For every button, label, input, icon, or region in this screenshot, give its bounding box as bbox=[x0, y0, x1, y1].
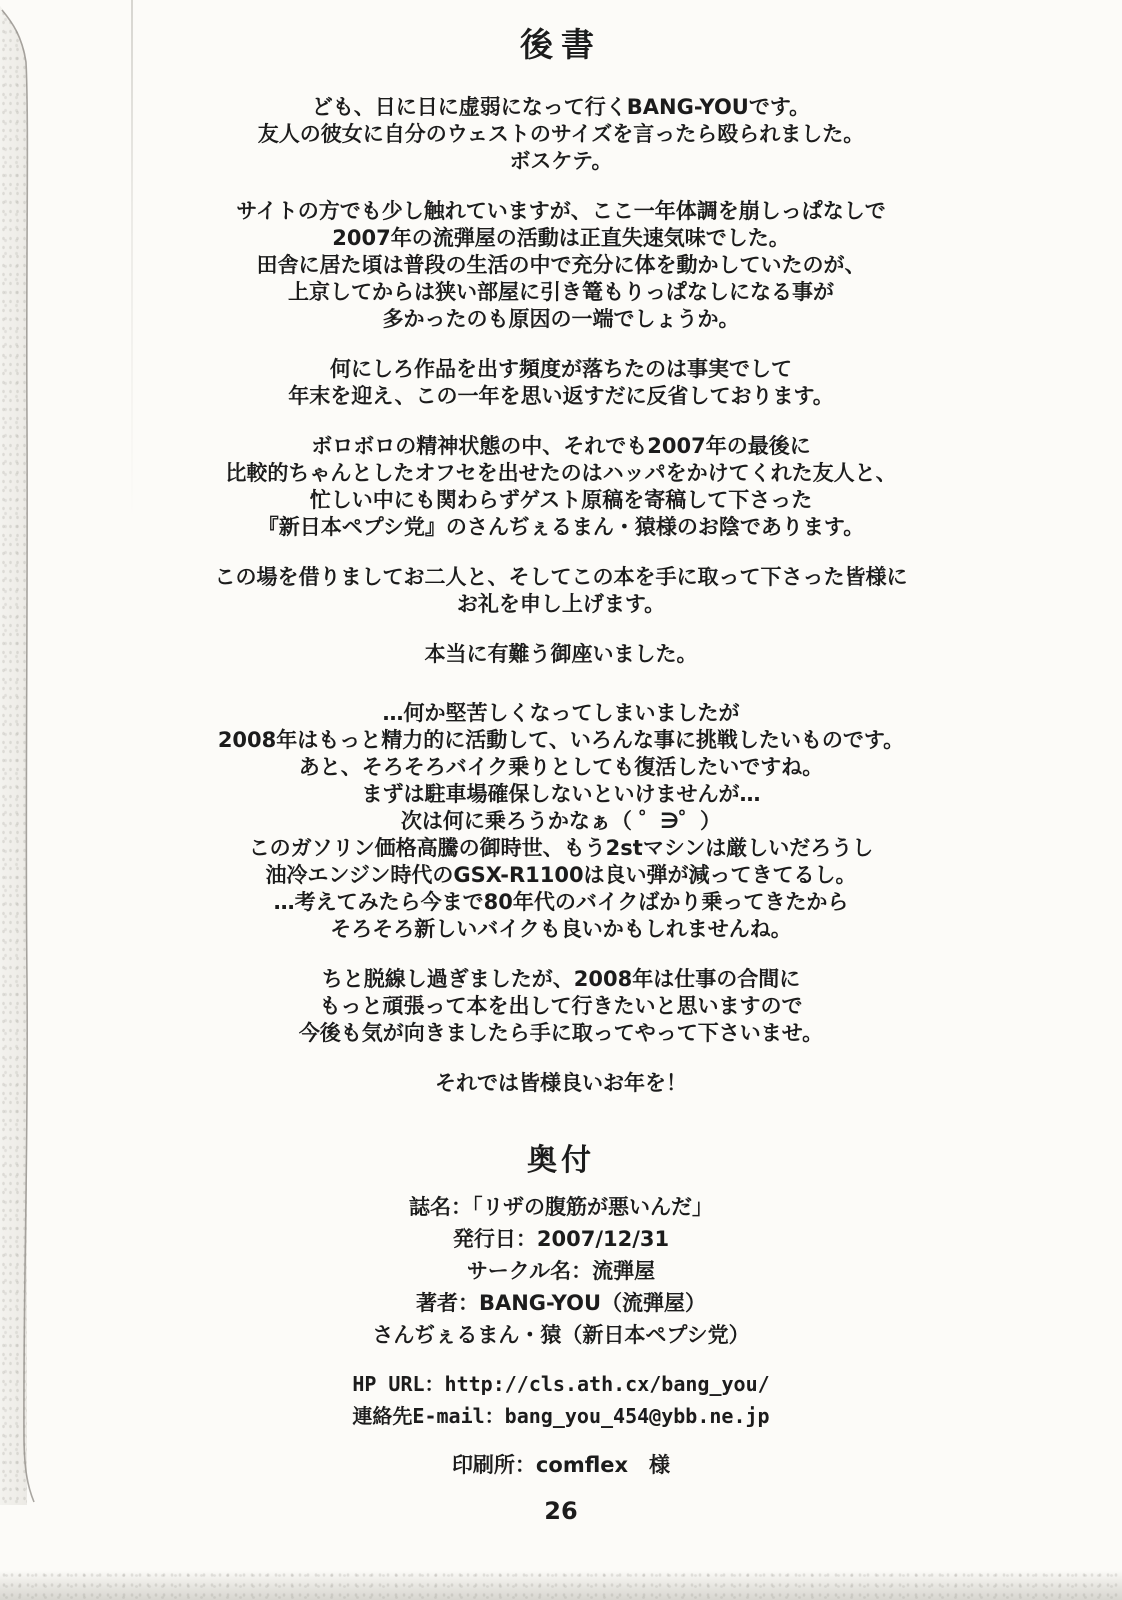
text-line: 『新日本ペプシ党』のさんぢぇるまん・猿様のお陰であります。 bbox=[0, 514, 1122, 541]
afterword-paragraphs: ども、日に日に虚弱になって行くBANG-YOUです。友人の彼女に自分のウェストの… bbox=[0, 94, 1122, 1097]
text-line: 2007年の流弾屋の活動は正直失速気味でした。 bbox=[0, 225, 1122, 252]
scanned-doujinshi-page: 後書 ども、日に日に虚弱になって行くBANG-YOUです。友人の彼女に自分のウェ… bbox=[0, 0, 1122, 1600]
text-line: そろそろ新しいバイクも良いかもしれませんね。 bbox=[0, 916, 1122, 943]
contact-lines: HP URL：http://cls.ath.cx/bang_you/連絡先E-m… bbox=[0, 1368, 1122, 1432]
text-line: ボスケテ。 bbox=[0, 148, 1122, 175]
afterword-title: 後書 bbox=[0, 26, 1122, 64]
text-line: お礼を申し上げます。 bbox=[0, 591, 1122, 618]
text-line: 今後も気が向きましたら手に取ってやって下さいませ。 bbox=[0, 1020, 1122, 1047]
text-line: それでは皆様良いお年を！ bbox=[0, 1070, 1122, 1097]
text-line: 油冷エンジン時代のGSX-R1100は良い弾が減ってきてるし。 bbox=[0, 862, 1122, 889]
contact-line: 連絡先E-mail：bang_you_454@ybb.ne.jp bbox=[0, 1400, 1122, 1432]
text-line: …何か堅苦しくなってしまいましたが bbox=[0, 700, 1122, 727]
text-paragraph: ども、日に日に虚弱になって行くBANG-YOUです。友人の彼女に自分のウェストの… bbox=[0, 94, 1122, 175]
page-number: 26 bbox=[0, 1497, 1122, 1525]
text-paragraph: 何にしろ作品を出す頻度が落ちたのは事実でして年末を迎え、この一年を思い返すだに反… bbox=[0, 356, 1122, 410]
bottom-scan-edge bbox=[0, 1570, 1122, 1600]
text-paragraph: 本当に有難う御座いました。 bbox=[0, 641, 1122, 668]
text-line: まずは駐車場確保しないといけませんが… bbox=[0, 781, 1122, 808]
text-line: 多かったのも原因の一端でしょうか。 bbox=[0, 306, 1122, 333]
colophon-line: 著者：BANG-YOU（流弾屋） bbox=[0, 1287, 1122, 1319]
text-line: 年末を迎え、この一年を思い返すだに反省しております。 bbox=[0, 383, 1122, 410]
page-content: 後書 ども、日に日に虚弱になって行くBANG-YOUです。友人の彼女に自分のウェ… bbox=[0, 0, 1122, 1525]
text-line: このガソリン価格高騰の御時世、もう2stマシンは厳しいだろうし bbox=[0, 835, 1122, 862]
text-paragraph: ちと脱線し過ぎましたが、2008年は仕事の合間にもっと頑張って本を出して行きたい… bbox=[0, 966, 1122, 1047]
colophon-title: 奥付 bbox=[0, 1143, 1122, 1179]
text-line: 忙しい中にも関わらずゲスト原稿を寄稿して下さった bbox=[0, 487, 1122, 514]
text-paragraph: ボロボロの精神状態の中、それでも2007年の最後に比較的ちゃんとしたオフセを出せ… bbox=[0, 433, 1122, 541]
text-line: 何にしろ作品を出す頻度が落ちたのは事実でして bbox=[0, 356, 1122, 383]
text-paragraph: それでは皆様良いお年を！ bbox=[0, 1070, 1122, 1097]
text-line: ボロボロの精神状態の中、それでも2007年の最後に bbox=[0, 433, 1122, 460]
text-paragraph: …何か堅苦しくなってしまいましたが2008年はもっと精力的に活動して、いろんな事… bbox=[0, 700, 1122, 943]
text-line: 上京してからは狭い部屋に引き篭もりっぱなしになる事が bbox=[0, 279, 1122, 306]
colophon-line: 発行日：2007/12/31 bbox=[0, 1223, 1122, 1255]
text-line: この場を借りましてお二人と、そしてこの本を手に取って下さった皆様に bbox=[0, 564, 1122, 591]
text-paragraph: この場を借りましてお二人と、そしてこの本を手に取って下さった皆様にお礼を申し上げ… bbox=[0, 564, 1122, 618]
text-line: あと、そろそろバイク乗りとしても復活したいですね。 bbox=[0, 754, 1122, 781]
colophon-line: 誌名：「リザの腹筋が悪いんだ」 bbox=[0, 1191, 1122, 1223]
text-line: ちと脱線し過ぎましたが、2008年は仕事の合間に bbox=[0, 966, 1122, 993]
text-line: ども、日に日に虚弱になって行くBANG-YOUです。 bbox=[0, 94, 1122, 121]
colophon-line: さんぢぇるまん・猿（新日本ペプシ党） bbox=[0, 1319, 1122, 1351]
colophon-lines: 誌名：「リザの腹筋が悪いんだ」発行日：2007/12/31サークル名：流弾屋著者… bbox=[0, 1191, 1122, 1351]
text-line: 比較的ちゃんとしたオフセを出せたのはハッパをかけてくれた友人と、 bbox=[0, 460, 1122, 487]
text-line: 友人の彼女に自分のウェストのサイズを言ったら殴られました。 bbox=[0, 121, 1122, 148]
contact-line: HP URL：http://cls.ath.cx/bang_you/ bbox=[0, 1368, 1122, 1400]
text-line: 次は何に乗ろうかなぁ（ ゜∋゜） bbox=[0, 808, 1122, 835]
text-line: 2008年はもっと精力的に活動して、いろんな事に挑戦したいものです。 bbox=[0, 727, 1122, 754]
text-line: 田舎に居た頃は普段の生活の中で充分に体を動かしていたのが、 bbox=[0, 252, 1122, 279]
printer-line: 印刷所：comflex 様 bbox=[0, 1450, 1122, 1480]
text-line: サイトの方でも少し触れていますが、ここ一年体調を崩しっぱなしで bbox=[0, 198, 1122, 225]
text-line: もっと頑張って本を出して行きたいと思いますので bbox=[0, 993, 1122, 1020]
text-line: …考えてみたら今まで80年代のバイクばかり乗ってきたから bbox=[0, 889, 1122, 916]
colophon-line: サークル名：流弾屋 bbox=[0, 1255, 1122, 1287]
text-line: 本当に有難う御座いました。 bbox=[0, 641, 1122, 668]
text-paragraph: サイトの方でも少し触れていますが、ここ一年体調を崩しっぱなしで2007年の流弾屋… bbox=[0, 198, 1122, 333]
